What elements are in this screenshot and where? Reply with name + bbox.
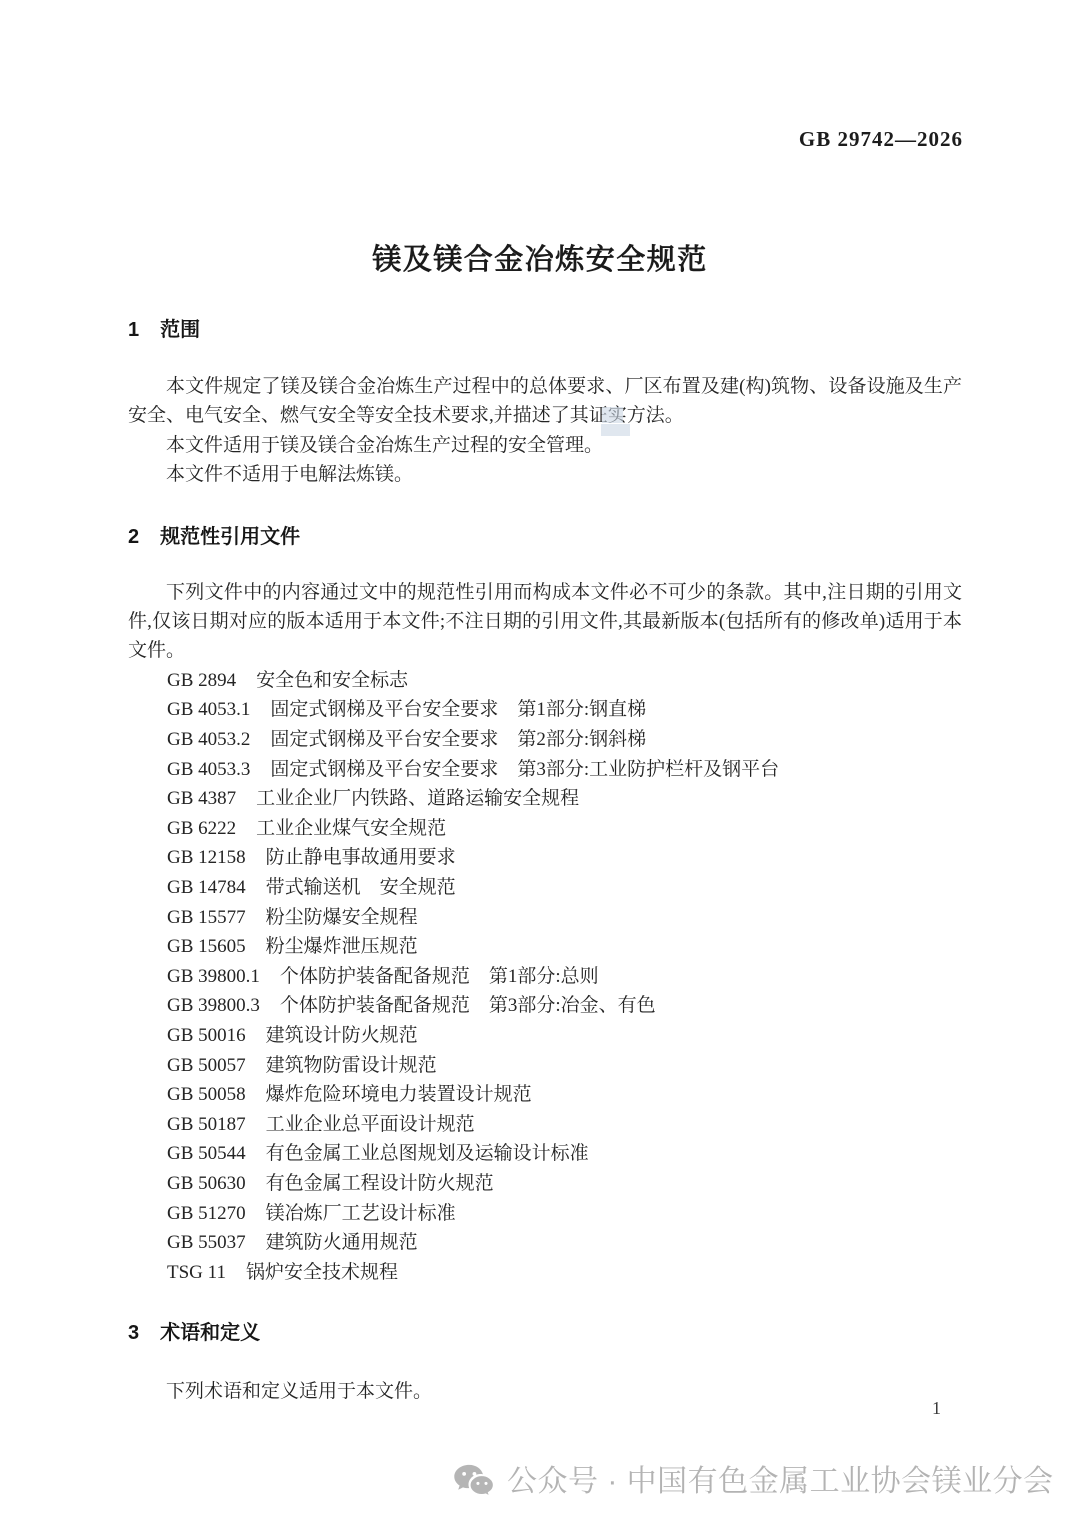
reference-title: 带式输送机 安全规范 (266, 877, 456, 898)
reference-code: GB 50630 (167, 1169, 246, 1199)
reference-code: GB 6222 (167, 814, 236, 844)
document-body: 1范围 本文件规定了镁及镁合金冶炼生产过程中的总体要求、厂区布置及建(构)筑物、… (128, 300, 962, 1407)
reference-item: GB 12158防止静电事故通用要求 (128, 843, 962, 873)
reference-code: GB 39800.3 (167, 991, 260, 1021)
section-heading-terms: 3术语和定义 (128, 1321, 962, 1345)
reference-code: GB 12158 (167, 843, 246, 873)
section-number: 1 (128, 318, 139, 342)
reference-title: 粉尘爆炸泄压规范 (266, 936, 418, 957)
reference-code: GB 39800.1 (167, 962, 260, 992)
reference-item: GB 15577粉尘防爆安全规程 (128, 903, 962, 933)
references-list: GB 2894安全色和安全标志 GB 4053.1固定式钢梯及平台安全要求 第1… (128, 666, 962, 1287)
section-title: 范围 (160, 319, 200, 341)
watermark-highlight (602, 407, 623, 423)
document-page: GB 29742—2026 镁及镁合金冶炼安全规范 1范围 本文件规定了镁及镁合… (0, 0, 1080, 1527)
reference-code: GB 50187 (167, 1110, 246, 1140)
reference-code: GB 15605 (167, 932, 246, 962)
reference-item: GB 50058爆炸危险环境电力装置设计规范 (128, 1080, 962, 1110)
paragraph: 本文件适用于镁及镁合金冶炼生产过程的安全管理。 (128, 431, 962, 460)
reference-item: GB 39800.3个体防护装备配备规范 第3部分:冶金、有色 (128, 991, 962, 1021)
reference-item: GB 51270镁冶炼厂工艺设计标准 (128, 1199, 962, 1229)
reference-title: 安全色和安全标志 (256, 670, 408, 691)
section-heading-scope: 1范围 (128, 318, 962, 342)
reference-item: GB 50187工业企业总平面设计规范 (128, 1110, 962, 1140)
reference-item: GB 55037建筑防火通用规范 (128, 1228, 962, 1258)
reference-code: GB 15577 (167, 903, 246, 933)
footer-account-label: 公众号 · 中国有色金属工业协会镁业分会 (507, 1464, 1054, 1500)
paragraph: 本文件不适用于电解法炼镁。 (128, 460, 962, 489)
reference-title: 固定式钢梯及平台安全要求 第2部分:钢斜梯 (270, 729, 646, 750)
reference-code: GB 55037 (167, 1228, 246, 1258)
reference-item: GB 50016建筑设计防火规范 (128, 1021, 962, 1051)
reference-title: 锅炉安全技术规程 (246, 1262, 398, 1283)
document-title: 镁及镁合金冶炼安全规范 (0, 237, 1080, 278)
section-number: 2 (128, 525, 139, 549)
section-title: 规范性引用文件 (160, 526, 300, 548)
reference-code: GB 4053.2 (167, 725, 250, 755)
reference-title: 粉尘防爆安全规程 (266, 907, 418, 928)
reference-title: 固定式钢梯及平台安全要求 第1部分:钢直梯 (270, 699, 646, 720)
reference-code: GB 50544 (167, 1139, 246, 1169)
standard-number: GB 29742—2026 (799, 127, 963, 152)
reference-item: GB 39800.1个体防护装备配备规范 第1部分:总则 (128, 962, 962, 992)
reference-item: GB 4387工业企业厂内铁路、道路运输安全规程 (128, 784, 962, 814)
watermark-highlight (601, 424, 630, 436)
reference-code: GB 4053.3 (167, 755, 250, 785)
reference-code: GB 2894 (167, 666, 236, 696)
reference-title: 有色金属工业总图规划及运输设计标准 (266, 1143, 589, 1164)
reference-code: GB 4053.1 (167, 695, 250, 725)
reference-code: GB 14784 (167, 873, 246, 903)
reference-title: 建筑设计防火规范 (266, 1025, 418, 1046)
reference-title: 工业企业厂内铁路、道路运输安全规程 (256, 788, 579, 809)
reference-item: TSG 11锅炉安全技术规程 (128, 1258, 962, 1288)
reference-item: GB 14784带式输送机 安全规范 (128, 873, 962, 903)
reference-item: GB 50630有色金属工程设计防火规范 (128, 1169, 962, 1199)
reference-title: 固定式钢梯及平台安全要求 第3部分:工业防护栏杆及钢平台 (270, 759, 779, 780)
reference-code: GB 50016 (167, 1021, 246, 1051)
reference-code: GB 50058 (167, 1080, 246, 1110)
reference-title: 个体防护装备配备规范 第1部分:总则 (280, 966, 599, 987)
reference-item: GB 6222工业企业煤气安全规范 (128, 814, 962, 844)
reference-title: 工业企业煤气安全规范 (256, 818, 446, 839)
reference-title: 有色金属工程设计防火规范 (266, 1173, 494, 1194)
paragraph: 本文件规定了镁及镁合金冶炼生产过程中的总体要求、厂区布置及建(构)筑物、设备设施… (128, 372, 962, 431)
reference-title: 建筑防火通用规范 (266, 1232, 418, 1253)
section-title: 术语和定义 (160, 1322, 260, 1344)
reference-item: GB 15605粉尘爆炸泄压规范 (128, 932, 962, 962)
section-heading-normative-references: 2规范性引用文件 (128, 525, 962, 549)
reference-item: GB 50057建筑物防雷设计规范 (128, 1051, 962, 1081)
reference-code: GB 51270 (167, 1199, 246, 1229)
reference-title: 个体防护装备配备规范 第3部分:冶金、有色 (280, 995, 656, 1016)
reference-code: GB 4387 (167, 784, 236, 814)
reference-title: 镁冶炼厂工艺设计标准 (266, 1203, 456, 1224)
terms-intro: 下列术语和定义适用于本文件。 (128, 1377, 962, 1406)
reference-code: GB 50057 (167, 1051, 246, 1081)
section-number: 3 (128, 1321, 139, 1345)
references-intro: 下列文件中的内容通过文中的规范性引用而构成本文件必不可少的条款。其中,注日期的引… (128, 578, 962, 666)
reference-title: 建筑物防雷设计规范 (266, 1055, 437, 1076)
reference-item: GB 50544有色金属工业总图规划及运输设计标准 (128, 1139, 962, 1169)
reference-item: GB 4053.1固定式钢梯及平台安全要求 第1部分:钢直梯 (128, 695, 962, 725)
reference-title: 爆炸危险环境电力装置设计规范 (266, 1084, 532, 1105)
footer-banner: 公众号 · 中国有色金属工业协会镁业分会 (453, 1464, 1054, 1500)
reference-item: GB 4053.2固定式钢梯及平台安全要求 第2部分:钢斜梯 (128, 725, 962, 755)
reference-title: 工业企业总平面设计规范 (266, 1114, 475, 1135)
wechat-icon (453, 1464, 495, 1500)
page-number: 1 (932, 1398, 941, 1419)
reference-code: TSG 11 (167, 1258, 226, 1288)
reference-title: 防止静电事故通用要求 (266, 847, 456, 868)
scope-paragraphs: 本文件规定了镁及镁合金冶炼生产过程中的总体要求、厂区布置及建(构)筑物、设备设施… (128, 372, 962, 490)
reference-item: GB 4053.3固定式钢梯及平台安全要求 第3部分:工业防护栏杆及钢平台 (128, 755, 962, 785)
reference-item: GB 2894安全色和安全标志 (128, 666, 962, 696)
